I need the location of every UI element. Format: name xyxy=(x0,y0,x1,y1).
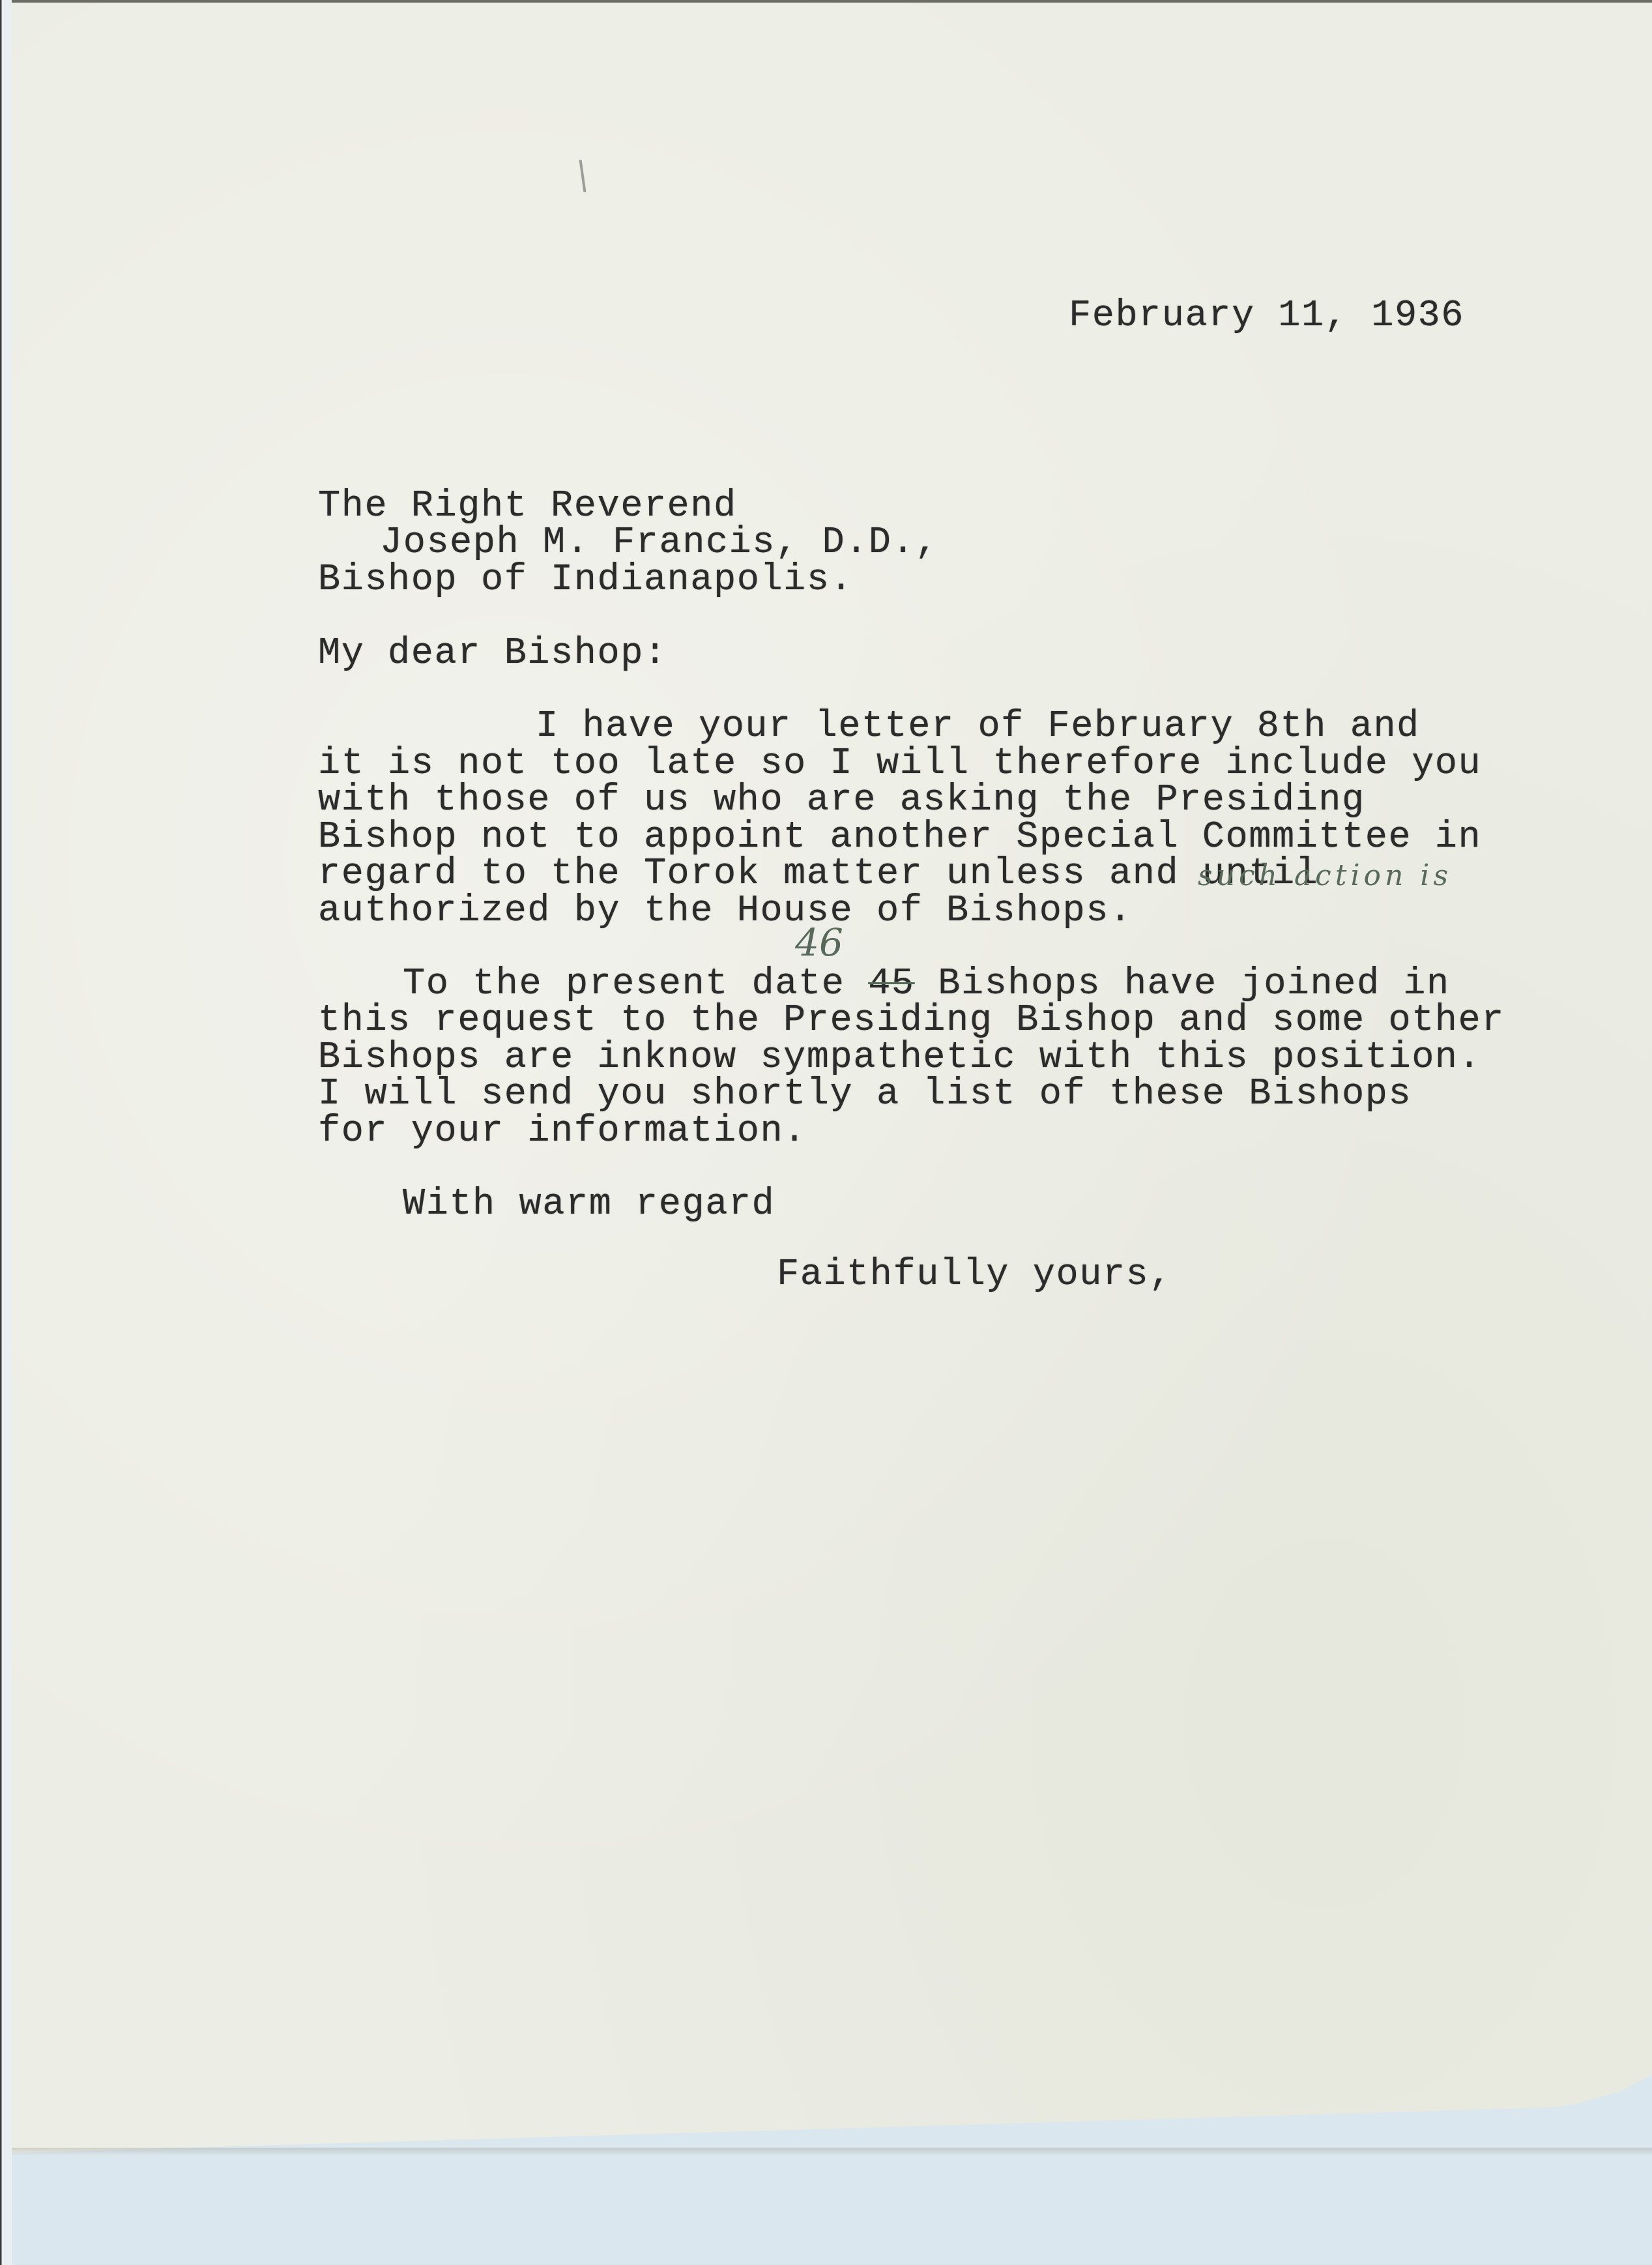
paragraph-2-line-1-start: To the present date xyxy=(403,963,868,1005)
closing-note: With warm regard xyxy=(403,1185,775,1224)
paragraph-1-line-6: authorized by the House of Bishops. xyxy=(318,892,1133,931)
salutation: My dear Bishop: xyxy=(318,634,667,673)
paragraph-2-line-3: Bishops are inknow sympathetic with this… xyxy=(318,1038,1481,1077)
paragraph-1-line-1: I have your letter of February 8th and xyxy=(536,707,1420,746)
paragraph-1-line-2: it is not too late so I will therefore i… xyxy=(318,744,1481,783)
paragraph-1-line-3: with those of us who are asking the Pres… xyxy=(318,781,1365,820)
paragraph-2-line-1-end: Bishops have joined in xyxy=(915,963,1450,1005)
valediction: Faithfully yours, xyxy=(777,1255,1172,1294)
letter-date: February 11, 1936 xyxy=(1069,297,1464,336)
paragraph-1-line-5: regard to the Torok matter unless and un… xyxy=(318,855,1318,894)
struck-number: 45 xyxy=(868,963,914,1005)
handwritten-insertion: such action is xyxy=(1198,859,1452,892)
handwritten-correction: 46 xyxy=(795,920,843,965)
letter-body: February 11, 1936 The Right Reverend Jos… xyxy=(0,0,1652,2265)
recipient-line-2: Joseph M. Francis, D.D., xyxy=(380,523,938,563)
paragraph-2-line-1: To the present date 45 Bishops have join… xyxy=(403,965,1450,1004)
paragraph-2-line-4: I will send you shortly a list of these … xyxy=(318,1075,1412,1114)
paragraph-1-line-4: Bishop not to appoint another Special Co… xyxy=(318,818,1481,857)
paragraph-2-line-5: for your information. xyxy=(318,1112,807,1151)
recipient-line-1: The Right Reverend xyxy=(318,487,737,526)
paragraph-2-line-2: this request to the Presiding Bishop and… xyxy=(318,1001,1505,1040)
recipient-line-3: Bishop of Indianapolis. xyxy=(318,561,853,600)
